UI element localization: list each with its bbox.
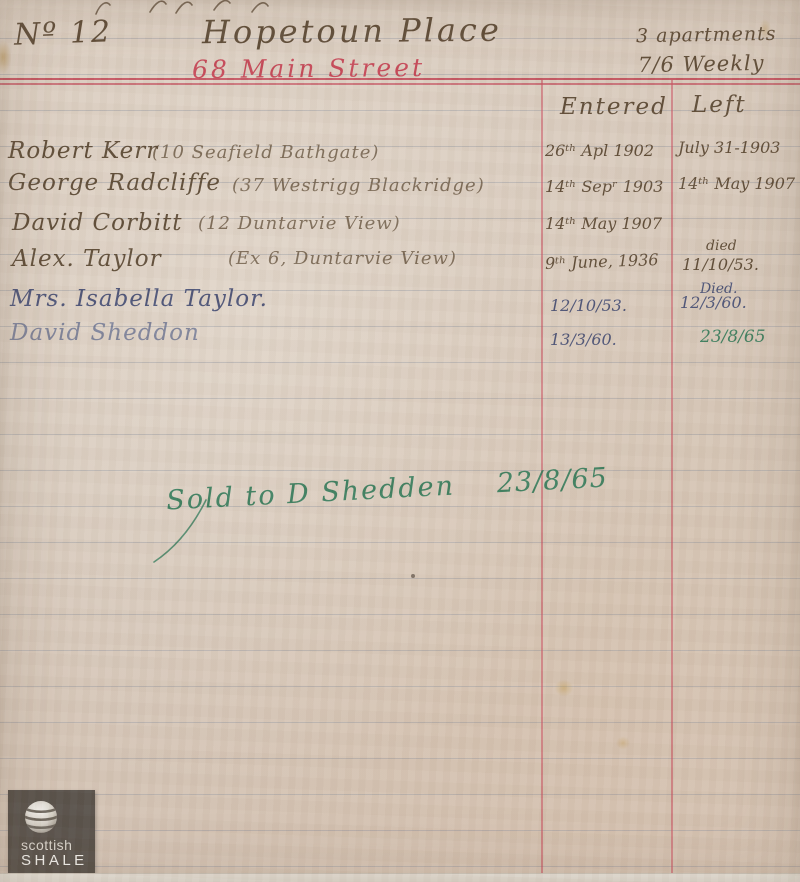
ink-stain (0, 34, 14, 80)
tenant-address: (37 Westrigg Blackridge) (232, 175, 485, 196)
entered-date: 14ᵗʰ May 1907 (545, 214, 662, 233)
left-date: 11/10/53. (682, 255, 759, 274)
table-row: George Radcliffe (37 Westrigg Blackridge… (0, 170, 800, 206)
page-bottom-edge (0, 873, 800, 882)
watermark-line2: SHALE (21, 852, 88, 869)
left-note-died: died (706, 238, 737, 254)
tenant-name: Mrs. Isabella Taylor. (10, 286, 268, 312)
left-date: 23/8/65 (700, 327, 766, 347)
rent-note: 7/6 Weekly (638, 51, 765, 77)
entered-date: 9ᵗʰ June, 1936 (545, 250, 659, 273)
sold-annotation-date: 23/8/65 (496, 462, 609, 499)
paper-stain (613, 734, 633, 752)
tenant-name: Robert Kerr (8, 138, 158, 164)
column-header-left: Left (692, 92, 747, 118)
table-row: Robert Kerr (10 Seafield Bathgate) 26ᵗʰ … (0, 138, 800, 174)
entered-date: 14ᵗʰ Sepʳ 1903 (545, 177, 663, 196)
tenant-name: George Radcliffe (8, 170, 221, 196)
column-header-entered: Entered (560, 94, 668, 120)
entered-date: 26ᵗʰ Apl 1902 (545, 141, 654, 160)
ruled-lines (0, 3, 800, 882)
tenant-address: (10 Seafield Bathgate) (152, 142, 379, 163)
entered-date: 13/3/60. (550, 330, 617, 349)
table-row: Alex. Taylor (Ex 6, Duntarvie View) 9ᵗʰ … (0, 246, 800, 282)
tenant-name: David Sheddon (10, 320, 200, 346)
table-row: David Sheddon 13/3/60. 23/8/65 (0, 320, 800, 356)
watermark-line1: scottish (21, 837, 72, 853)
street-address: 68 Main Street (192, 53, 425, 84)
tenant-address: (Ex 6, Duntarvie View) (228, 248, 457, 269)
left-date: 14ᵗʰ May 1907 (678, 174, 795, 193)
sold-annotation-text: Sold to D Shedden (165, 470, 455, 516)
paper-stain (551, 676, 577, 700)
left-date: 12/3/60. (680, 293, 747, 312)
globe-icon (22, 798, 60, 836)
apartments-note: 3 apartments (636, 23, 777, 47)
scottish-shale-watermark: scottish SHALE (8, 790, 95, 874)
red-header-rule-bottom (0, 83, 800, 85)
left-date: July 31-1903 (678, 138, 780, 157)
ledger-page-scan: Nº 12 Hopetoun Place 3 apartments 68 Mai… (0, 0, 800, 882)
tenant-address: (12 Duntarvie View) (198, 213, 401, 234)
table-row: David Corbitt (12 Duntarvie View) 14ᵗʰ M… (0, 210, 800, 246)
table-row: Mrs. Isabella Taylor. 12/10/53. Died. 12… (0, 286, 800, 322)
tenant-name: Alex. Taylor (12, 246, 162, 272)
page-title: Hopetoun Place (202, 11, 502, 52)
paper-speck (411, 574, 415, 578)
tenant-name: David Corbitt (12, 210, 183, 236)
entered-date: 12/10/53. (550, 296, 627, 315)
house-number: Nº 12 (13, 14, 112, 52)
